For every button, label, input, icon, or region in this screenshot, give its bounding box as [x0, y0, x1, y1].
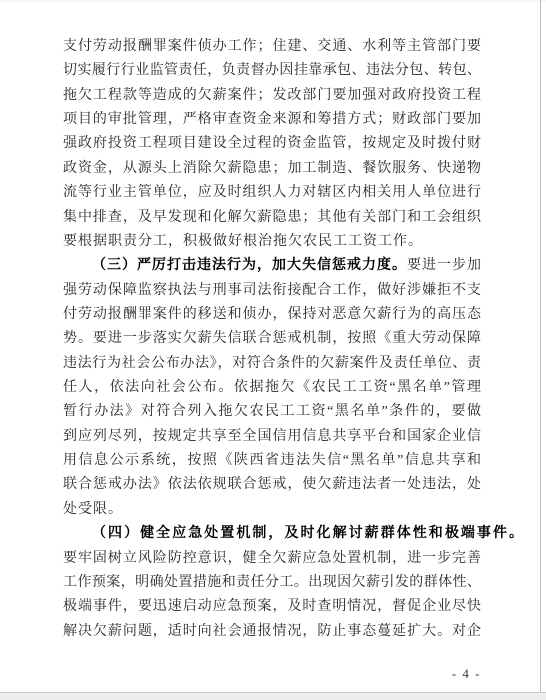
document-body: 支付劳动报酬罪案件侦办工作；住建、交通、水利等主管部门要切实履行行业监管责任，负…	[63, 35, 481, 644]
body-text: 解决欠薪问题，适时向社会通报情况，防止事态蔓延扩大。对企	[63, 624, 481, 639]
body-text: 工作预案，明确处置措施和责任分工。出现因欠薪引发的群体性、	[63, 575, 481, 590]
text-line: 支付劳动报酬罪案件侦办工作；住建、交通、水利等主管部门要	[63, 35, 481, 59]
text-line: 违法行为社会公布办法》，对符合条件的欠薪案件及责任单位、责	[63, 352, 481, 376]
document-page: 支付劳动报酬罪案件侦办工作；住建、交通、水利等主管部门要切实履行行业监管责任，负…	[0, 0, 546, 700]
body-text: 强政府投资工程项目建设全过程的资金监管，按规定及时拨付财	[63, 136, 481, 151]
text-line: 项目的审批管理，严格审查资金来源和筹措方式；财政部门要加	[63, 108, 481, 132]
scan-right-edge-line	[540, 0, 541, 693]
text-line: 任人，依法向社会公布。依据拖欠《农民工工资“黑名单”管理	[63, 376, 481, 400]
text-line: 拖欠工程款等造成的欠薪案件；发改部门要加强对政府投资工程	[63, 84, 481, 108]
body-text: 付劳动报酬罪案件的移送和侦办，保持对恶意欠薪行为的高压态	[63, 307, 481, 322]
text-line: 付劳动报酬罪案件的移送和侦办，保持对恶意欠薪行为的高压态	[63, 303, 481, 327]
body-text: 要牢固树立风险防控意识，健全欠薪应急处置机制，进一步完善	[63, 551, 481, 566]
body-text: 流等行业主管单位，应及时组织人力对辖区内相关用人单位进行	[63, 185, 481, 200]
text-line: 暂行办法》对符合列入拖欠农民工工资“黑名单”条件的，要做	[63, 400, 481, 424]
text-line: 流等行业主管单位，应及时组织人力对辖区内相关用人单位进行	[63, 181, 481, 205]
scan-top-edge	[0, 0, 546, 2]
page-number: - 4 -	[63, 666, 481, 682]
text-line: 处受限。	[63, 498, 481, 522]
text-line: （三）严厉打击违法行为，加大失信惩戒力度。要进一步加	[63, 254, 481, 278]
body-text: 用信息公示系统，按照《陕西省违法失信“黑名单”信息共享和	[63, 453, 481, 468]
text-line: 用信息公示系统，按照《陕西省违法失信“黑名单”信息共享和	[63, 449, 481, 473]
text-line: 政资金，从源头上消除欠薪隐患；加工制造、餐饮服务、快递物	[63, 157, 481, 181]
text-line: 解决欠薪问题，适时向社会通报情况，防止事态蔓延扩大。对企	[63, 620, 481, 644]
body-text: 强劳动保障监察执法与刑事司法衔接配合工作，做好涉嫌拒不支	[63, 283, 481, 298]
text-line: 强政府投资工程项目建设全过程的资金监管，按规定及时拨付财	[63, 132, 481, 156]
text-line: 联合惩戒办法》依法依规联合惩戒，使欠薪违法者一处违法，处	[63, 473, 481, 497]
text-line: 强劳动保障监察执法与刑事司法衔接配合工作，做好涉嫌拒不支	[63, 279, 481, 303]
body-text: 任人，依法向社会公布。依据拖欠《农民工工资“黑名单”管理	[63, 380, 481, 395]
body-text: 切实履行行业监管责任，负责督办因挂靠承包、违法分包、转包、	[63, 63, 481, 78]
text-line: 要根据职责分工，积极做好根治拖欠农民工工资工作。	[63, 230, 481, 254]
body-text: 要根据职责分工，积极做好根治拖欠农民工工资工作。	[63, 234, 423, 249]
body-text: 极端事件，要迅速启动应急预案，及时查明情况，督促企业尽快	[63, 599, 481, 614]
body-text: 拖欠工程款等造成的欠薪案件；发改部门要加强对政府投资工程	[63, 88, 481, 103]
body-text: 政资金，从源头上消除欠薪隐患；加工制造、餐饮服务、快递物	[63, 161, 481, 176]
body-text: 集中排查，及早发现和化解欠薪隐患；其他有关部门和工会组织	[63, 210, 481, 225]
heading-text: （四）健全应急处置机制，及时化解讨薪群体性和极端事件。	[92, 526, 523, 541]
body-text: 势。要进一步落实欠薪失信联合惩戒机制，按照《重大劳动保障	[63, 331, 481, 346]
text-line: 工作预案，明确处置措施和责任分工。出现因欠薪引发的群体性、	[63, 571, 481, 595]
text-line: 到应列尽列，按规定共享至全国信用信息共享平台和国家企业信	[63, 425, 481, 449]
body-text: 支付劳动报酬罪案件侦办工作；住建、交通、水利等主管部门要	[63, 39, 481, 54]
text-line: （四）健全应急处置机制，及时化解讨薪群体性和极端事件。	[63, 522, 523, 546]
text-line: 切实履行行业监管责任，负责督办因挂靠承包、违法分包、转包、	[63, 59, 481, 83]
body-text: 处受限。	[63, 502, 123, 517]
body-text: 项目的审批管理，严格审查资金来源和筹措方式；财政部门要加	[63, 112, 481, 127]
body-text: 要进一步加	[407, 258, 481, 273]
scan-bottom-edge	[0, 692, 546, 700]
heading-text: （三）严厉打击违法行为，加大失信惩戒力度。	[92, 258, 407, 273]
text-line: 极端事件，要迅速启动应急预案，及时查明情况，督促企业尽快	[63, 595, 481, 619]
body-text: 暂行办法》对符合列入拖欠农民工工资“黑名单”条件的，要做	[63, 404, 481, 419]
text-line: 集中排查，及早发现和化解欠薪隐患；其他有关部门和工会组织	[63, 206, 481, 230]
body-text: 违法行为社会公布办法》，对符合条件的欠薪案件及责任单位、责	[63, 356, 481, 371]
text-line: 势。要进一步落实欠薪失信联合惩戒机制，按照《重大劳动保障	[63, 327, 481, 351]
body-text: 到应列尽列，按规定共享至全国信用信息共享平台和国家企业信	[63, 429, 481, 444]
body-text: 联合惩戒办法》依法依规联合惩戒，使欠薪违法者一处违法，处	[63, 477, 481, 492]
text-line: 要牢固树立风险防控意识，健全欠薪应急处置机制，进一步完善	[63, 547, 481, 571]
